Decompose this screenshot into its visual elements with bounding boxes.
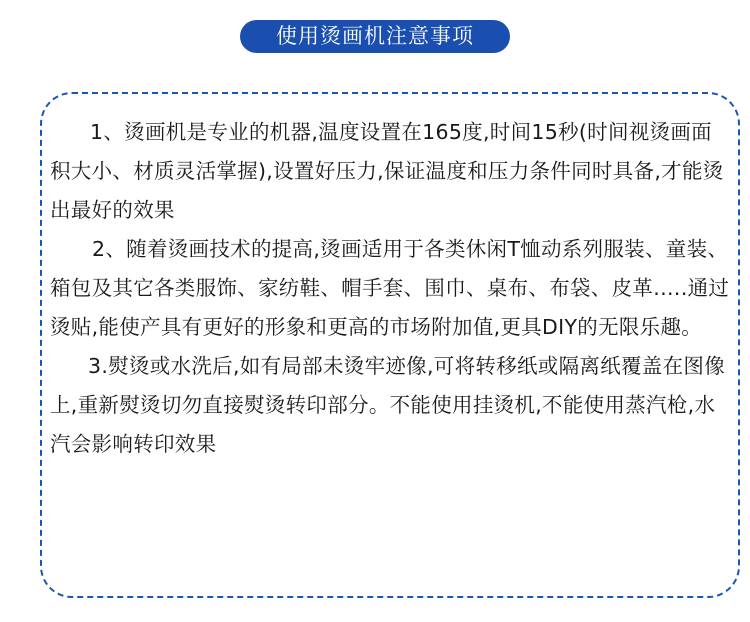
note-item-1: 1、烫画机是专业的机器,温度设置在165度,时间15秒(时间视烫画面积大小、材质… — [50, 113, 730, 230]
note-item-2: 2、随着烫画技术的提高,烫画适用于各类休闲T恤动系列服装、童装、箱包及其它各类服… — [50, 230, 730, 347]
note-item-3: 3.熨烫或水洗后,如有局部未烫牢迹像,可将转移纸或隔离纸覆盖在图像上,重新熨烫切… — [50, 347, 730, 464]
page-title: 使用烫画机注意事项 — [276, 24, 474, 48]
title-badge: 使用烫画机注意事项 — [240, 20, 510, 53]
notes-content: 1、烫画机是专业的机器,温度设置在165度,时间15秒(时间视烫画面积大小、材质… — [50, 113, 730, 464]
